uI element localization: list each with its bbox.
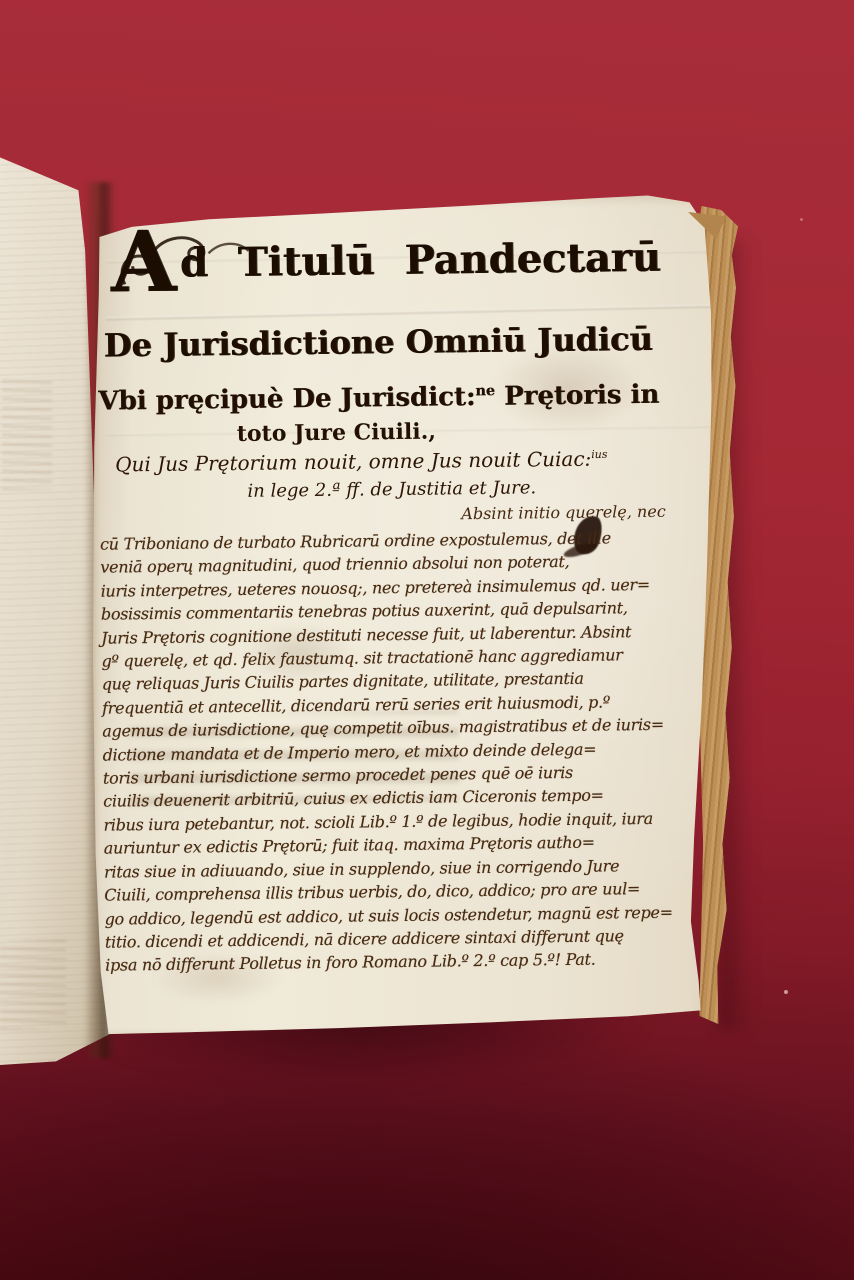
title-line-3-text: Vbi pręcipuè De Jurisdict: <box>98 382 475 417</box>
decorated-initial: A <box>110 212 176 312</box>
motto-superscript: ius <box>591 448 607 461</box>
ink-showthrough <box>0 940 66 1030</box>
ink-showthrough <box>2 380 52 490</box>
manuscript-page: Ad Titulū Pandectarū De Jurisdictione Om… <box>93 193 738 1040</box>
title-line-3-text-end: Prętoris in <box>495 380 660 412</box>
motto-line: Qui Jus Prętorium nouit, omne Jus nouit … <box>115 446 608 476</box>
title-line-1-text: d Titulū Pandectarū <box>180 234 661 287</box>
body-paragraph: cū Triboniano de turbato Rubricarū ordin… <box>100 525 705 977</box>
title-line-3: Vbi pręcipuè De Jurisdict:ne Prętoris in <box>98 380 659 417</box>
title-line-3-superscript: ne <box>475 383 495 399</box>
manuscript-text: Ad Titulū Pandectarū De Jurisdictione Om… <box>96 219 706 1016</box>
title-line-4: toto Jure Ciuili., <box>237 419 437 447</box>
title-line-1: Ad Titulū Pandectarū <box>110 234 661 288</box>
dust-speck <box>784 990 788 994</box>
incipit-line: Absint initio querelę, nec <box>461 502 666 523</box>
dust-speck <box>800 218 803 221</box>
motto-text: Qui Jus Prętorium nouit, omne Jus nouit … <box>115 447 591 477</box>
title-line-2: De Jurisdictione Omniū Judicū <box>103 320 652 365</box>
motto-citation: in lege 2.ª ff. de Justitia et Jure. <box>247 477 536 502</box>
photo-background: Ad Titulū Pandectarū De Jurisdictione Om… <box>0 0 854 1280</box>
